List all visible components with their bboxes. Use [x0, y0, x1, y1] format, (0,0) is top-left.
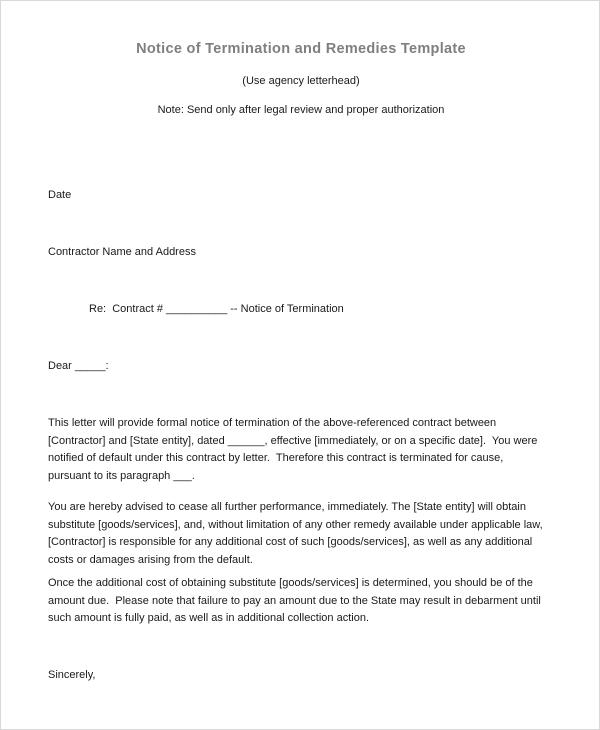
contractor-address-placeholder: Contractor Name and Address — [48, 246, 196, 258]
letterhead-note: (Use agency letterhead) — [1, 75, 600, 87]
paragraph-line: amount due. Please note that failure to … — [48, 593, 568, 611]
date-placeholder: Date — [48, 189, 71, 201]
paragraph-line: [Contractor] is responsible for any addi… — [48, 534, 568, 552]
subject-line: Re: Contract # __________ -- Notice of T… — [89, 303, 344, 315]
paragraph-line: pursuant to its paragraph ___. — [48, 468, 568, 486]
paragraph-line: such amount is fully paid, as well as in… — [48, 610, 568, 628]
paragraph-line: substitute [goods/services], and, withou… — [48, 517, 568, 535]
review-note: Note: Send only after legal review and p… — [1, 104, 600, 116]
paragraph-line: notified of default under this contract … — [48, 450, 568, 468]
paragraph-line: costs or damages arising from the defaul… — [48, 552, 568, 570]
paragraph-line: This letter will provide formal notice o… — [48, 415, 568, 433]
paragraph-line: Once the additional cost of obtaining su… — [48, 575, 568, 593]
paragraph-cease-performance: You are hereby advised to cease all furt… — [48, 499, 568, 569]
salutation: Dear _____: — [48, 360, 109, 372]
paragraph-termination-notice: This letter will provide formal notice o… — [48, 415, 568, 485]
document-page: Notice of Termination and Remedies Templ… — [0, 0, 600, 730]
paragraph-amount-due: Once the additional cost of obtaining su… — [48, 575, 568, 628]
closing: Sincerely, — [48, 669, 95, 681]
document-title: Notice of Termination and Remedies Templ… — [1, 41, 600, 57]
paragraph-line: You are hereby advised to cease all furt… — [48, 499, 568, 517]
paragraph-line: [Contractor] and [State entity], dated _… — [48, 433, 568, 451]
